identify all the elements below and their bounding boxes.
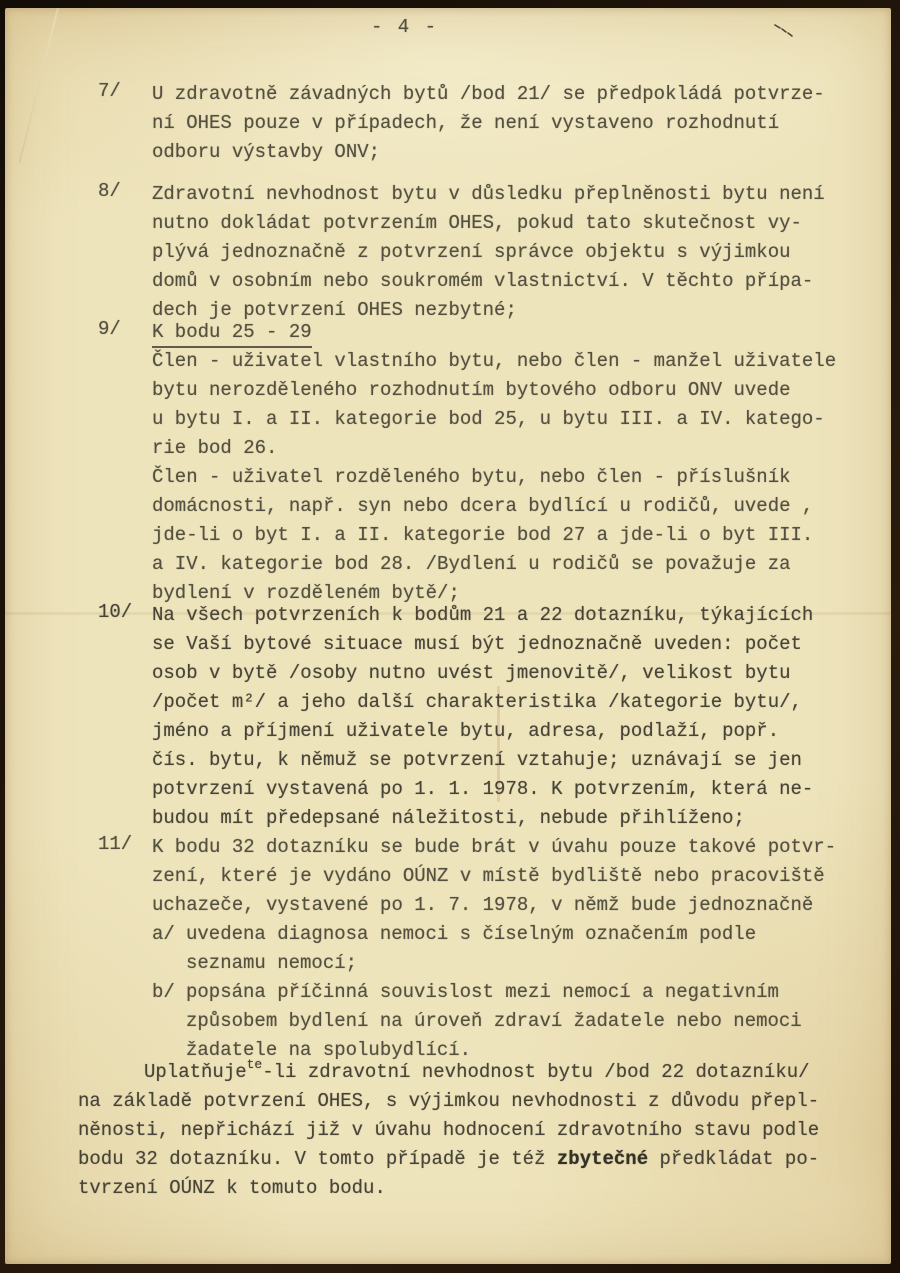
text-line: Zdravotní nevhodnost bytu v důsledku pře… (152, 180, 865, 209)
text-line: seznamu nemocí; (186, 949, 865, 978)
text-line: něnosti, nepřichází již v úvahu hodnocen… (78, 1116, 848, 1145)
text-line: rie bod 26. (152, 434, 865, 463)
text-line: Na všech potvrzeních k bodům 21 a 22 dot… (152, 601, 865, 630)
sub-item-marker: b/ (152, 978, 186, 1007)
closing-paragraph: Uplatňujete-li zdravotní nevhodnost bytu… (78, 1058, 848, 1203)
text-line: plývá jednoznačně z potvrzení správce ob… (152, 238, 865, 267)
page-number: - 4 - (371, 16, 438, 38)
text-line: u bytu I. a II. kategorie bod 25, u bytu… (152, 405, 865, 434)
text-line: čís. bytu, k němuž se potvrzení vztahuje… (152, 746, 865, 775)
text-line: způsobem bydlení na úroveň zdraví žadate… (186, 1007, 865, 1036)
text-line: jde-li o byt I. a II. kategorie bod 27 a… (152, 521, 865, 550)
ink-mark (773, 22, 797, 45)
closing-line1-post: -li zdravotní nevhodnost bytu /bod 22 do… (262, 1061, 809, 1083)
text-line: potvrzení vystavená po 1. 1. 1978. K pot… (152, 775, 865, 804)
item-number: 8/ (98, 180, 121, 202)
paper-sheet: - 4 - 7/ U zdravotně závadných bytů /bod… (5, 8, 891, 1264)
text-line: Uplatňujete-li zdravotní nevhodnost bytu… (78, 1058, 848, 1087)
item-number: 7/ (98, 80, 121, 102)
text-line: domů v osobním nebo soukromém vlastnictv… (152, 267, 865, 296)
paragraph-9: 9/ K bodu 25 - 29 Člen - uživatel vlastn… (5, 318, 865, 608)
text-line: tvrzení OÚNZ k tomuto bodu. (78, 1174, 848, 1203)
section-heading-text: K bodu 25 - 29 (152, 319, 312, 348)
closing-line4-post: předkládat po- (648, 1148, 819, 1170)
text-line: nutno dokládat potvrzením OHES, pokud ta… (152, 209, 865, 238)
text-line: bodu 32 dotazníku. V tomto případě je té… (78, 1145, 848, 1174)
sub-item-b: b/ popsána příčinná souvislost mezi nemo… (152, 978, 865, 1065)
text-line: osob v bytě /osoby nutno uvést jmenovitě… (152, 659, 865, 688)
text-line: domácnosti, např. syn nebo dcera bydlící… (152, 492, 865, 521)
text-line: odboru výstavby ONV; (152, 138, 865, 167)
text-line: budou mít předepsané náležitosti, nebude… (152, 804, 865, 833)
paragraph-10: 10/ Na všech potvrzeních k bodům 21 a 22… (5, 601, 865, 833)
text-line: bytu nerozděleného rozhodnutím bytového … (152, 376, 865, 405)
text-line: Člen - uživatel rozděleného bytu, nebo č… (152, 463, 865, 492)
text-line: Člen - uživatel vlastního bytu, nebo čle… (152, 347, 865, 376)
emphasized-word: zbytečné (557, 1148, 648, 1170)
typed-insertion: te (247, 1057, 263, 1072)
item-number: 10/ (98, 601, 132, 623)
text-line: na základě potvrzení OHES, s výjimkou ne… (78, 1087, 848, 1116)
text-line: U zdravotně závadných bytů /bod 21/ se p… (152, 80, 865, 109)
text-line: zení, které je vydáno OÚNZ v místě bydli… (152, 862, 865, 891)
text-line: /počet m²/ a jeho další charakteristika … (152, 688, 865, 717)
sub-item-a: a/ uvedena diagnosa nemoci s číselným oz… (152, 920, 865, 978)
scanned-document-photo: { "page": { "number_label": "- 4 -", "co… (0, 0, 900, 1273)
sub-item-marker: a/ (152, 920, 186, 949)
paragraph-8: 8/ Zdravotní nevhodnost bytu v důsledku … (5, 180, 865, 325)
text-line: ní OHES pouze v případech, že není vysta… (152, 109, 865, 138)
text-line: jméno a příjmení uživatele bytu, adresa,… (152, 717, 865, 746)
text-line: a IV. kategorie bod 28. /Bydlení u rodič… (152, 550, 865, 579)
section-heading: K bodu 25 - 29 (152, 318, 865, 347)
paragraph-11: 11/ K bodu 32 dotazníku se bude brát v ú… (5, 833, 865, 1065)
item-number: 9/ (98, 318, 121, 340)
text-line: se Vaší bytové situace musí být jednozna… (152, 630, 865, 659)
text-line: popsána příčinná souvislost mezi nemocí … (186, 978, 865, 1007)
closing-line4-pre: bodu 32 dotazníku. V tomto případě je té… (78, 1148, 557, 1170)
item-number: 11/ (98, 833, 132, 855)
text-line: uchazeče, vystavené po 1. 7. 1978, v něm… (152, 891, 865, 920)
text-line: uvedena diagnosa nemoci s číselným označ… (186, 920, 865, 949)
closing-line1-pre: Uplatňuje (144, 1061, 247, 1083)
paragraph-7: 7/ U zdravotně závadných bytů /bod 21/ s… (5, 80, 865, 167)
text-line: K bodu 32 dotazníku se bude brát v úvahu… (152, 833, 865, 862)
